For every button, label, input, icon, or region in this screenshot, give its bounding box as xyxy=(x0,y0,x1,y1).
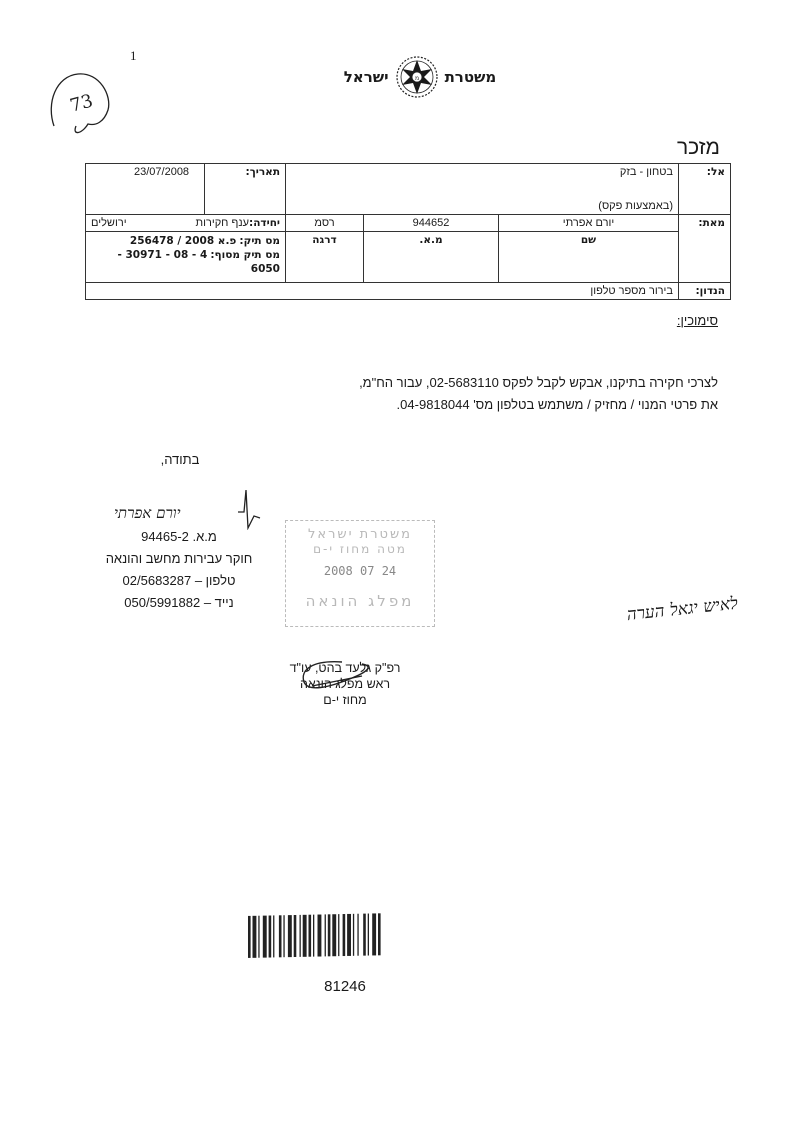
handwritten-note-text: לאיש יגאל הערה xyxy=(626,594,739,626)
file-value: פ.א 2008 / 256478 xyxy=(130,235,236,247)
stamp-line-3: מפלג הונאה xyxy=(286,592,434,610)
memo-title: מזכר xyxy=(677,136,720,160)
from-name: יורם אפרתי xyxy=(499,215,679,232)
body-line-2: את פרטי המנוי / מחזיק / משתמש בטלפון מס'… xyxy=(118,394,718,416)
from-unit: יחידה:ענף חקירות ירושלים xyxy=(86,215,286,232)
from-rank: רסמ xyxy=(286,215,364,232)
stamp-date: 24 07 2008 xyxy=(286,564,434,578)
stamp-line-2: מטה מחוז י-ם xyxy=(286,542,434,556)
date-cell: תאריך: 23/07/2008 xyxy=(86,164,286,191)
signature-mobile: נייד – 050/5991882 xyxy=(84,592,274,614)
date-value: 23/07/2008 xyxy=(134,166,189,178)
stamp-line-1: משטרת ישראל xyxy=(286,527,434,542)
to-value: בטחון - בזק xyxy=(286,164,679,191)
subject-label: הנדון: xyxy=(679,283,731,300)
memo-header-table: אל: בטחון - בזק תאריך: 23/07/2008 (באמצע… xyxy=(85,163,731,300)
annotation-text: 73 xyxy=(68,90,96,116)
page-number: 1 xyxy=(130,48,137,64)
to-label: אל: xyxy=(679,164,731,215)
final-file-label: מס תיק מסוף: xyxy=(210,249,280,261)
barcode-number: 81246 xyxy=(290,978,400,995)
signature-scribble-icon xyxy=(234,486,264,530)
subject-value: בירור מספר טלפון xyxy=(86,283,679,300)
signature-phone: טלפון – 02/5683287 xyxy=(84,570,274,592)
name-header: שם xyxy=(499,232,679,283)
org-name-israel: ישראל xyxy=(344,68,389,86)
commander-signature-scribble-icon xyxy=(282,658,392,698)
org-name-police: משטרת xyxy=(445,68,497,86)
from-label: מאת: xyxy=(679,215,731,283)
signature-title: חוקר עבירות מחשב והונאה xyxy=(84,548,274,570)
memo-body: לצרכי חקירה בתיקנו, אבקש לקבל לפקס 02-56… xyxy=(118,372,718,416)
unit-city: ירושלים xyxy=(91,217,127,229)
svg-text:מ: מ xyxy=(415,75,419,82)
to-note: (באמצעות פקס) xyxy=(286,190,679,215)
signature-block: יורם אפרתי מ.א. 94465-2 חוקר עבירות מחשב… xyxy=(84,486,274,614)
rank-header: דרגה xyxy=(286,232,364,283)
from-id: 944652 xyxy=(364,215,499,232)
signature-name: יורם אפרתי xyxy=(114,504,181,523)
body-line-1: לצרכי חקירה בתיקנו, אבקש לקבל לפקס 02-56… xyxy=(118,372,718,394)
unit-value: ענף חקירות xyxy=(196,217,250,229)
handwritten-note: לאיש יגאל הערה xyxy=(498,594,742,669)
unit-label: יחידה: xyxy=(249,217,280,229)
id-header: מ.א. xyxy=(364,232,499,283)
handwritten-signature: יורם אפרתי xyxy=(84,486,274,526)
closing-text: בתודה, xyxy=(90,452,270,467)
received-stamp: משטרת ישראל מטה מחוז י-ם 24 07 2008 מפלג… xyxy=(285,520,435,627)
israel-police-emblem-icon: מ xyxy=(395,55,439,99)
date-label: תאריך: xyxy=(216,166,280,178)
letterhead: משטרת מ ישראל xyxy=(320,54,520,100)
circled-annotation-icon: 73 xyxy=(48,68,118,138)
barcode-icon xyxy=(244,912,444,962)
references-label: סימוכין: xyxy=(677,313,718,328)
file-numbers: מס תיק: פ.א 2008 / 256478 מס תיק מסוף: 4… xyxy=(86,232,286,283)
file-label: מס תיק: xyxy=(239,235,280,247)
date-cell-spacer xyxy=(86,190,286,215)
